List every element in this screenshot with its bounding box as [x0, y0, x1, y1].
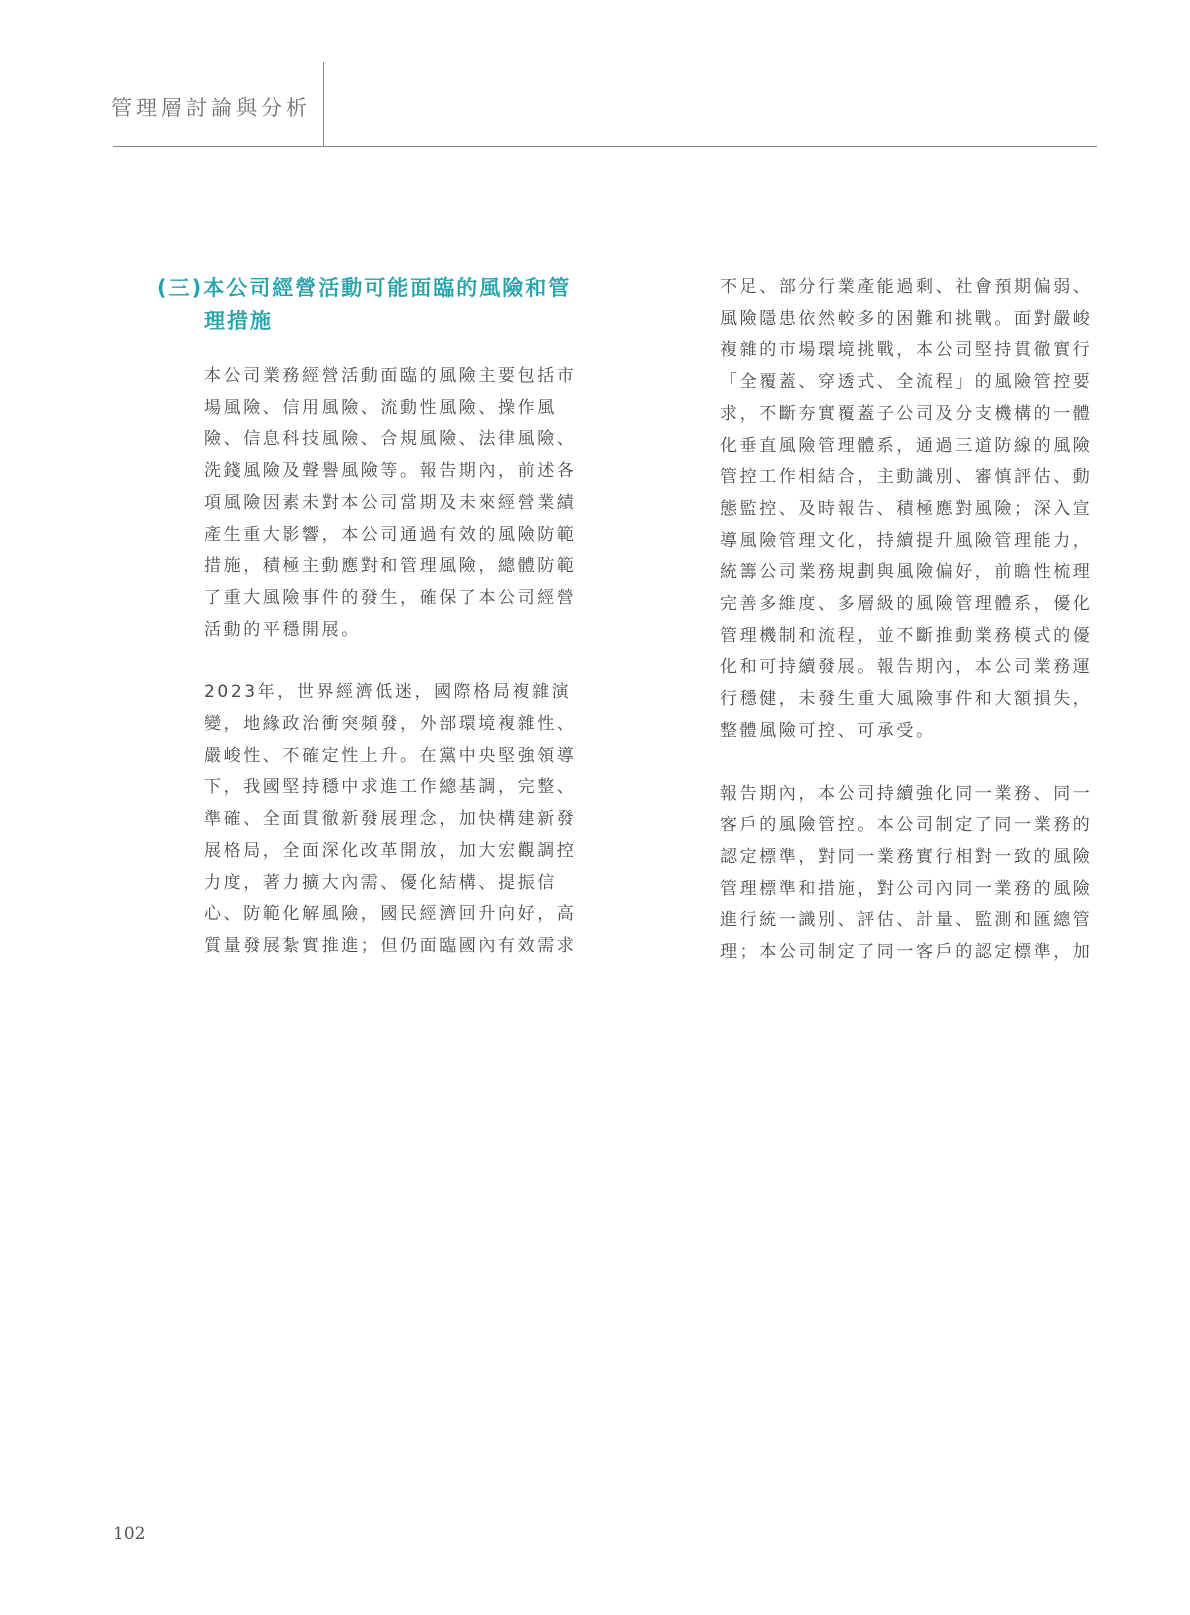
left-column: (三)本公司經營活動可能面臨的風險和管 理措施 本公司業務經營活動面臨的風險主要…	[157, 272, 587, 963]
text-line: 管控工作相結合，主動識別、審慎評估、動	[720, 462, 1105, 494]
text-line: 洗錢風險及聲譽風險等。報告期內，前述各	[204, 456, 589, 488]
text-line: 進行統一識別、評估、計量、監測和匯總管	[720, 905, 1105, 937]
text-line: 本公司業務經營活動面臨的風險主要包括市	[204, 361, 589, 393]
text-line: 「全覆蓋、穿透式、全流程」的風險管控要	[720, 367, 1105, 399]
text-line: 態監控、及時報告、積極應對風險；深入宣	[720, 494, 1105, 526]
text-line: 客戶的風險管控。本公司制定了同一業務的	[720, 810, 1105, 842]
text-line: 變，地緣政治衝突頻發，外部環境複雜性、	[204, 709, 589, 741]
text-line: 導風險管理文化，持續提升風險管理能力，	[720, 526, 1105, 558]
text-line: 項風險因素未對本公司當期及未來經營業績	[204, 488, 589, 520]
text-line: 理；本公司制定了同一客戶的認定標準，加	[720, 937, 1105, 969]
text-line: 質量發展紮實推進；但仍面臨國內有效需求	[204, 931, 589, 963]
section-heading-line: (三)本公司經營活動可能面臨的風險和管	[157, 272, 587, 305]
text-line: 管理標準和措施，對公司內同一業務的風險	[720, 874, 1105, 906]
text-line: 求，不斷夯實覆蓋子公司及分支機構的一體	[720, 399, 1105, 431]
text-line: 不足、部分行業產能過剩、社會預期偏弱、	[720, 272, 1105, 304]
text-line: 行穩健，未發生重大風險事件和大額損失，	[720, 684, 1105, 716]
text-line: 險、信息科技風險、合規風險、法律風險、	[204, 424, 589, 456]
text-line: 整體風險可控、可承受。	[720, 716, 1105, 748]
text-line: 嚴峻性、不確定性上升。在黨中央堅強領導	[204, 741, 589, 773]
text-line: 產生重大影響，本公司通過有效的風險防範	[204, 520, 589, 552]
text-line: 認定標準，對同一業務實行相對一致的風險	[720, 842, 1105, 874]
text-line: 力度，著力擴大內需、優化結構、提振信	[204, 868, 589, 900]
paragraph-same-business-control: 報告期內，本公司持續強化同一業務、同一 客戶的風險管控。本公司制定了同一業務的 …	[720, 779, 1105, 969]
text-line: 管理機制和流程，並不斷推動業務模式的優	[720, 621, 1105, 653]
text-line: 統籌公司業務規劃與風險偏好，前瞻性梳理	[720, 557, 1105, 589]
paragraph-risk-management-approach: 不足、部分行業產能過剩、社會預期偏弱、 風險隱患依然較多的困難和挑戰。面對嚴峻 …	[720, 272, 1105, 748]
text-line: 報告期內，本公司持續強化同一業務、同一	[720, 779, 1105, 811]
text-line: 了重大風險事件的發生，確保了本公司經營	[204, 583, 589, 615]
text-line: 準確、全面貫徹新發展理念，加快構建新發	[204, 804, 589, 836]
text-line: 場風險、信用風險、流動性風險、操作風	[204, 393, 589, 425]
text-line: 展格局，全面深化改革開放，加大宏觀調控	[204, 836, 589, 868]
text-line: 風險隱患依然較多的困難和挑戰。面對嚴峻	[720, 304, 1105, 336]
text-line: 2023年，世界經濟低迷，國際格局複雜演	[204, 677, 589, 709]
section-heading: (三)本公司經營活動可能面臨的風險和管 理措施	[157, 272, 587, 338]
text-line: 複雜的市場環境挑戰，本公司堅持貫徹實行	[720, 335, 1105, 367]
text-line: 下，我國堅持穩中求進工作總基調，完整、	[204, 772, 589, 804]
text-line: 化和可持續發展。報告期內，本公司業務運	[720, 652, 1105, 684]
text-line: 化垂直風險管理體系，通過三道防線的風險	[720, 431, 1105, 463]
header-divider-horizontal	[113, 146, 1097, 147]
right-column: 不足、部分行業產能過剩、社會預期偏弱、 風險隱患依然較多的困難和挑戰。面對嚴峻 …	[720, 272, 1105, 969]
text-line: 心、防範化解風險，國民經濟回升向好，高	[204, 899, 589, 931]
paragraph-economic-context: 2023年，世界經濟低迷，國際格局複雜演 變，地緣政治衝突頻發，外部環境複雜性、…	[204, 677, 589, 962]
running-header-title: 管理層討論與分析	[111, 92, 311, 122]
text-line: 措施，積極主動應對和管理風險，總體防範	[204, 551, 589, 583]
page-number: 102	[113, 1524, 145, 1544]
text-line: 活動的平穩開展。	[204, 615, 589, 647]
paragraph-risk-overview: 本公司業務經營活動面臨的風險主要包括市 場風險、信用風險、流動性風險、操作風 險…	[204, 361, 589, 646]
header-divider-vertical	[323, 62, 324, 146]
section-heading-line: 理措施	[157, 305, 587, 338]
text-line: 完善多維度、多層級的風險管理體系，優化	[720, 589, 1105, 621]
